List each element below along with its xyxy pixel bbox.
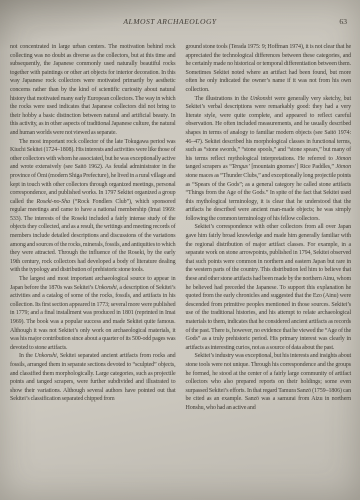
book-page: ALMOST ARCHAEOLOGY 63 not concentrated i… [0,0,360,500]
running-title: ALMOST ARCHAEOLOGY [123,17,216,26]
page-header: ALMOST ARCHAEOLOGY 63 [0,17,360,28]
paragraph: Sekitei’s industry was exceptional, but … [186,352,352,412]
paragraph: The most important rock collector of the… [10,138,176,276]
paragraph: The illustrations in the Unkonshi were g… [186,95,352,224]
paragraph: ground stone tools (Terada 1975: 9; Hoff… [186,43,352,95]
paragraph: Sekitei’s correspondence with other coll… [186,223,352,352]
left-column: not concentrated in large urban centers.… [10,43,176,413]
paragraph: The largest and most important archaeolo… [10,275,176,352]
right-column: ground stone tools (Terada 1975: 9; Hoff… [186,43,352,413]
paragraph: not concentrated in large urban centers.… [10,43,176,138]
text-columns: not concentrated in large urban centers.… [10,43,351,413]
page-number: 63 [339,17,347,26]
paragraph: In the Unkonshi, Sekitei separated ancie… [10,352,176,404]
